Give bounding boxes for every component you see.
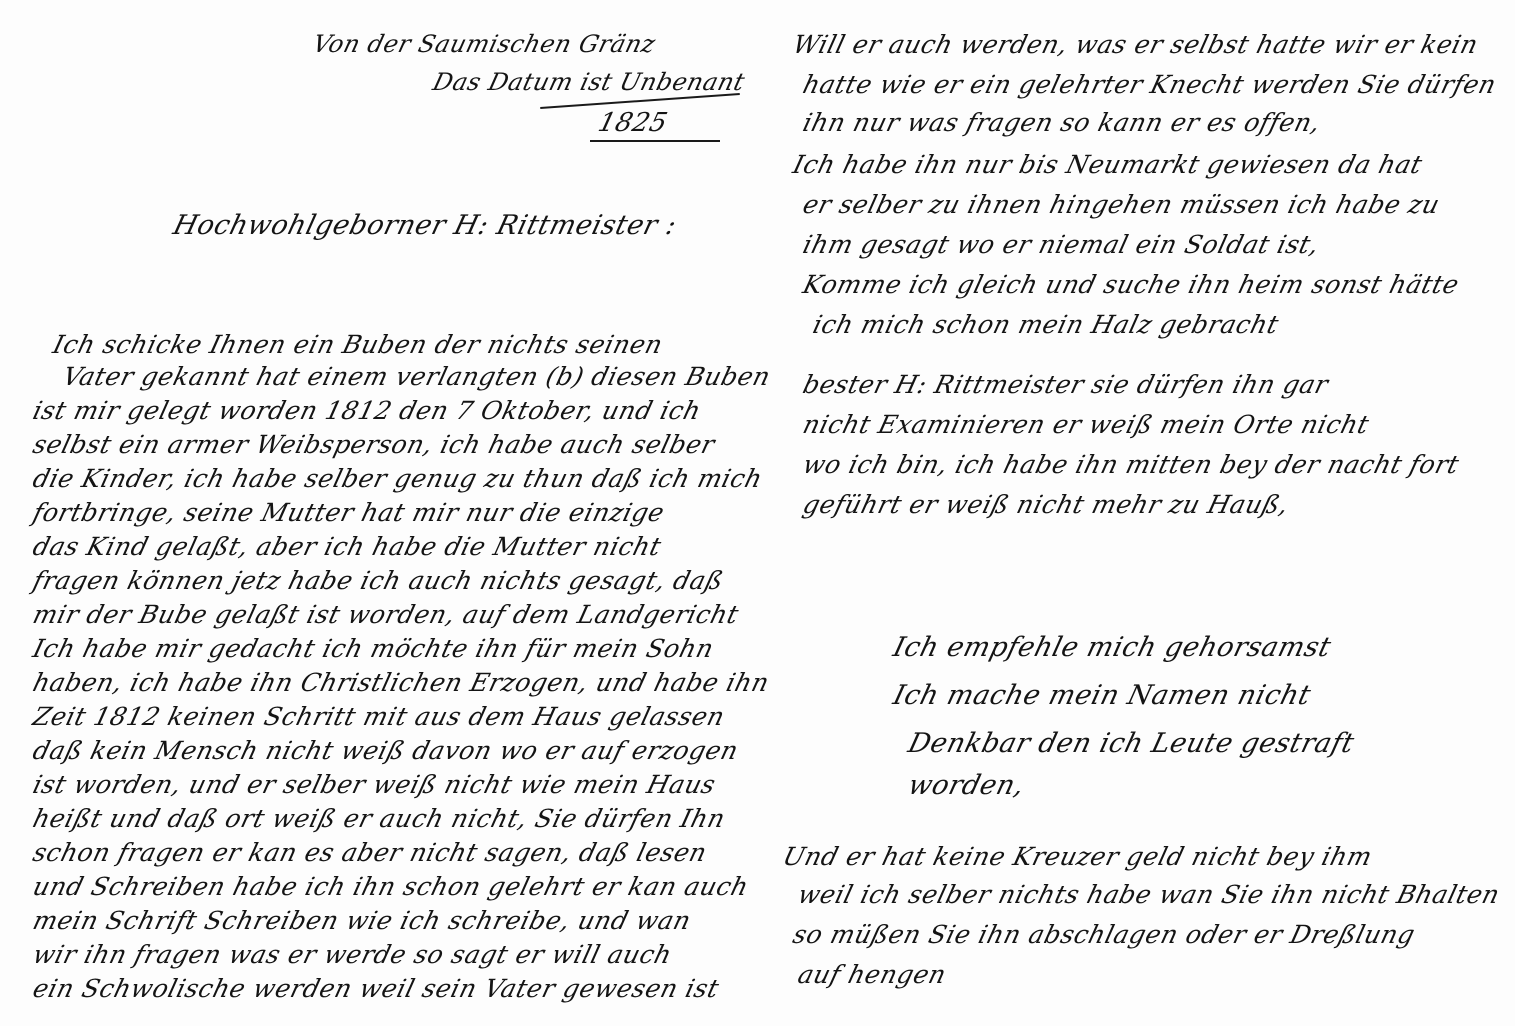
body-line: fortbringe, seine Mutter hat mir nur die… [30, 498, 668, 527]
body-line: ihn nur was fragen so kann er es offen, [800, 108, 1324, 137]
body-line: Vater gekannt hat einem verlangten (b) d… [60, 362, 774, 391]
body-line: Komme ich gleich und suche ihn heim sons… [800, 270, 1462, 299]
body-line: Zeit 1812 keinen Schritt mit aus dem Hau… [30, 702, 728, 731]
salutation: Hochwohlgeborner H: Rittmeister : [170, 210, 680, 241]
postscript-line: so müßen Sie ihn abschlagen oder er Dreß… [790, 920, 1418, 949]
body-line: Ich habe ihn nur bis Neumarkt gewiesen d… [790, 150, 1425, 179]
body-line: die Kinder, ich habe selber genug zu thu… [30, 464, 766, 493]
body-line: hatte wie er ein gelehrter Knecht werden… [800, 70, 1499, 99]
postscript-line: Und er hat keine Kreuzer geld nicht bey … [780, 842, 1375, 871]
body-line: Ich schicke Ihnen ein Buben der nichts s… [50, 330, 666, 359]
body-line: schon fragen er kan es aber nicht sagen,… [30, 838, 710, 867]
body-line: fragen können jetz habe ich auch nichts … [30, 566, 727, 595]
body-line: und Schreiben habe ich ihn schon gelehrt… [30, 872, 752, 901]
body-line: mein Schrift Schreiben wie ich schreibe,… [30, 906, 694, 935]
body-line: heißt und daß ort weiß er auch nicht, Si… [30, 804, 728, 833]
body-line: Will er auch werden, was er selbst hatte… [790, 30, 1481, 59]
place-line-2: Das Datum ist Unbenant [430, 68, 748, 96]
date-year: 1825 [595, 108, 671, 138]
body-line: daß kein Mensch nicht weiß davon wo er a… [30, 736, 741, 765]
body-line: ist mir gelegt worden 1812 den 7 Oktober… [30, 396, 704, 425]
place-line-1: Von der Saumischen Gränz [310, 30, 659, 58]
closing-line: Ich mache mein Namen nicht [890, 680, 1314, 711]
date-underline-bottom [590, 140, 720, 142]
body-line: bester H: Rittmeister sie dürfen ihn gar [800, 370, 1331, 399]
body-line: ich mich schon mein Halz gebracht [810, 310, 1282, 339]
body-line: Ich habe mir gedacht ich möchte ihn für … [30, 634, 717, 663]
body-line: selbst ein armer Weibsperson, ich habe a… [30, 430, 718, 459]
body-line: ist worden, und er selber weiß nicht wie… [30, 770, 719, 799]
body-line: das Kind gelaßt, aber ich habe die Mutte… [30, 532, 664, 561]
postscript-line: auf hengen [795, 960, 949, 989]
body-line: ihm gesagt wo er niemal ein Soldat ist, [800, 230, 1322, 259]
closing-line: Denkbar den ich Leute gestraft [905, 728, 1357, 759]
closing-line: worden, [905, 770, 1028, 801]
letter-page: Von der Saumischen Gränz Das Datum ist U… [0, 0, 1515, 1026]
body-line: ein Schwolische werden weil sein Vater g… [30, 974, 722, 1003]
body-line: wo ich bin, ich habe ihn mitten bey der … [800, 450, 1462, 479]
postscript-line: weil ich selber nichts habe wan Sie ihn … [795, 880, 1503, 909]
body-line: haben, ich habe ihn Christlichen Erzogen… [30, 668, 772, 697]
body-line: wir ihn fragen was er werde so sagt er w… [30, 940, 675, 969]
body-line: mir der Bube gelaßt ist worden, auf dem … [30, 600, 742, 629]
body-line: geführt er weiß nicht mehr zu Hauß, [800, 490, 1292, 519]
body-line: nicht Examinieren er weiß mein Orte nich… [800, 410, 1372, 439]
body-line: er selber zu ihnen hingehen müssen ich h… [800, 190, 1443, 219]
closing-line: Ich empfehle mich gehorsamst [890, 632, 1334, 663]
